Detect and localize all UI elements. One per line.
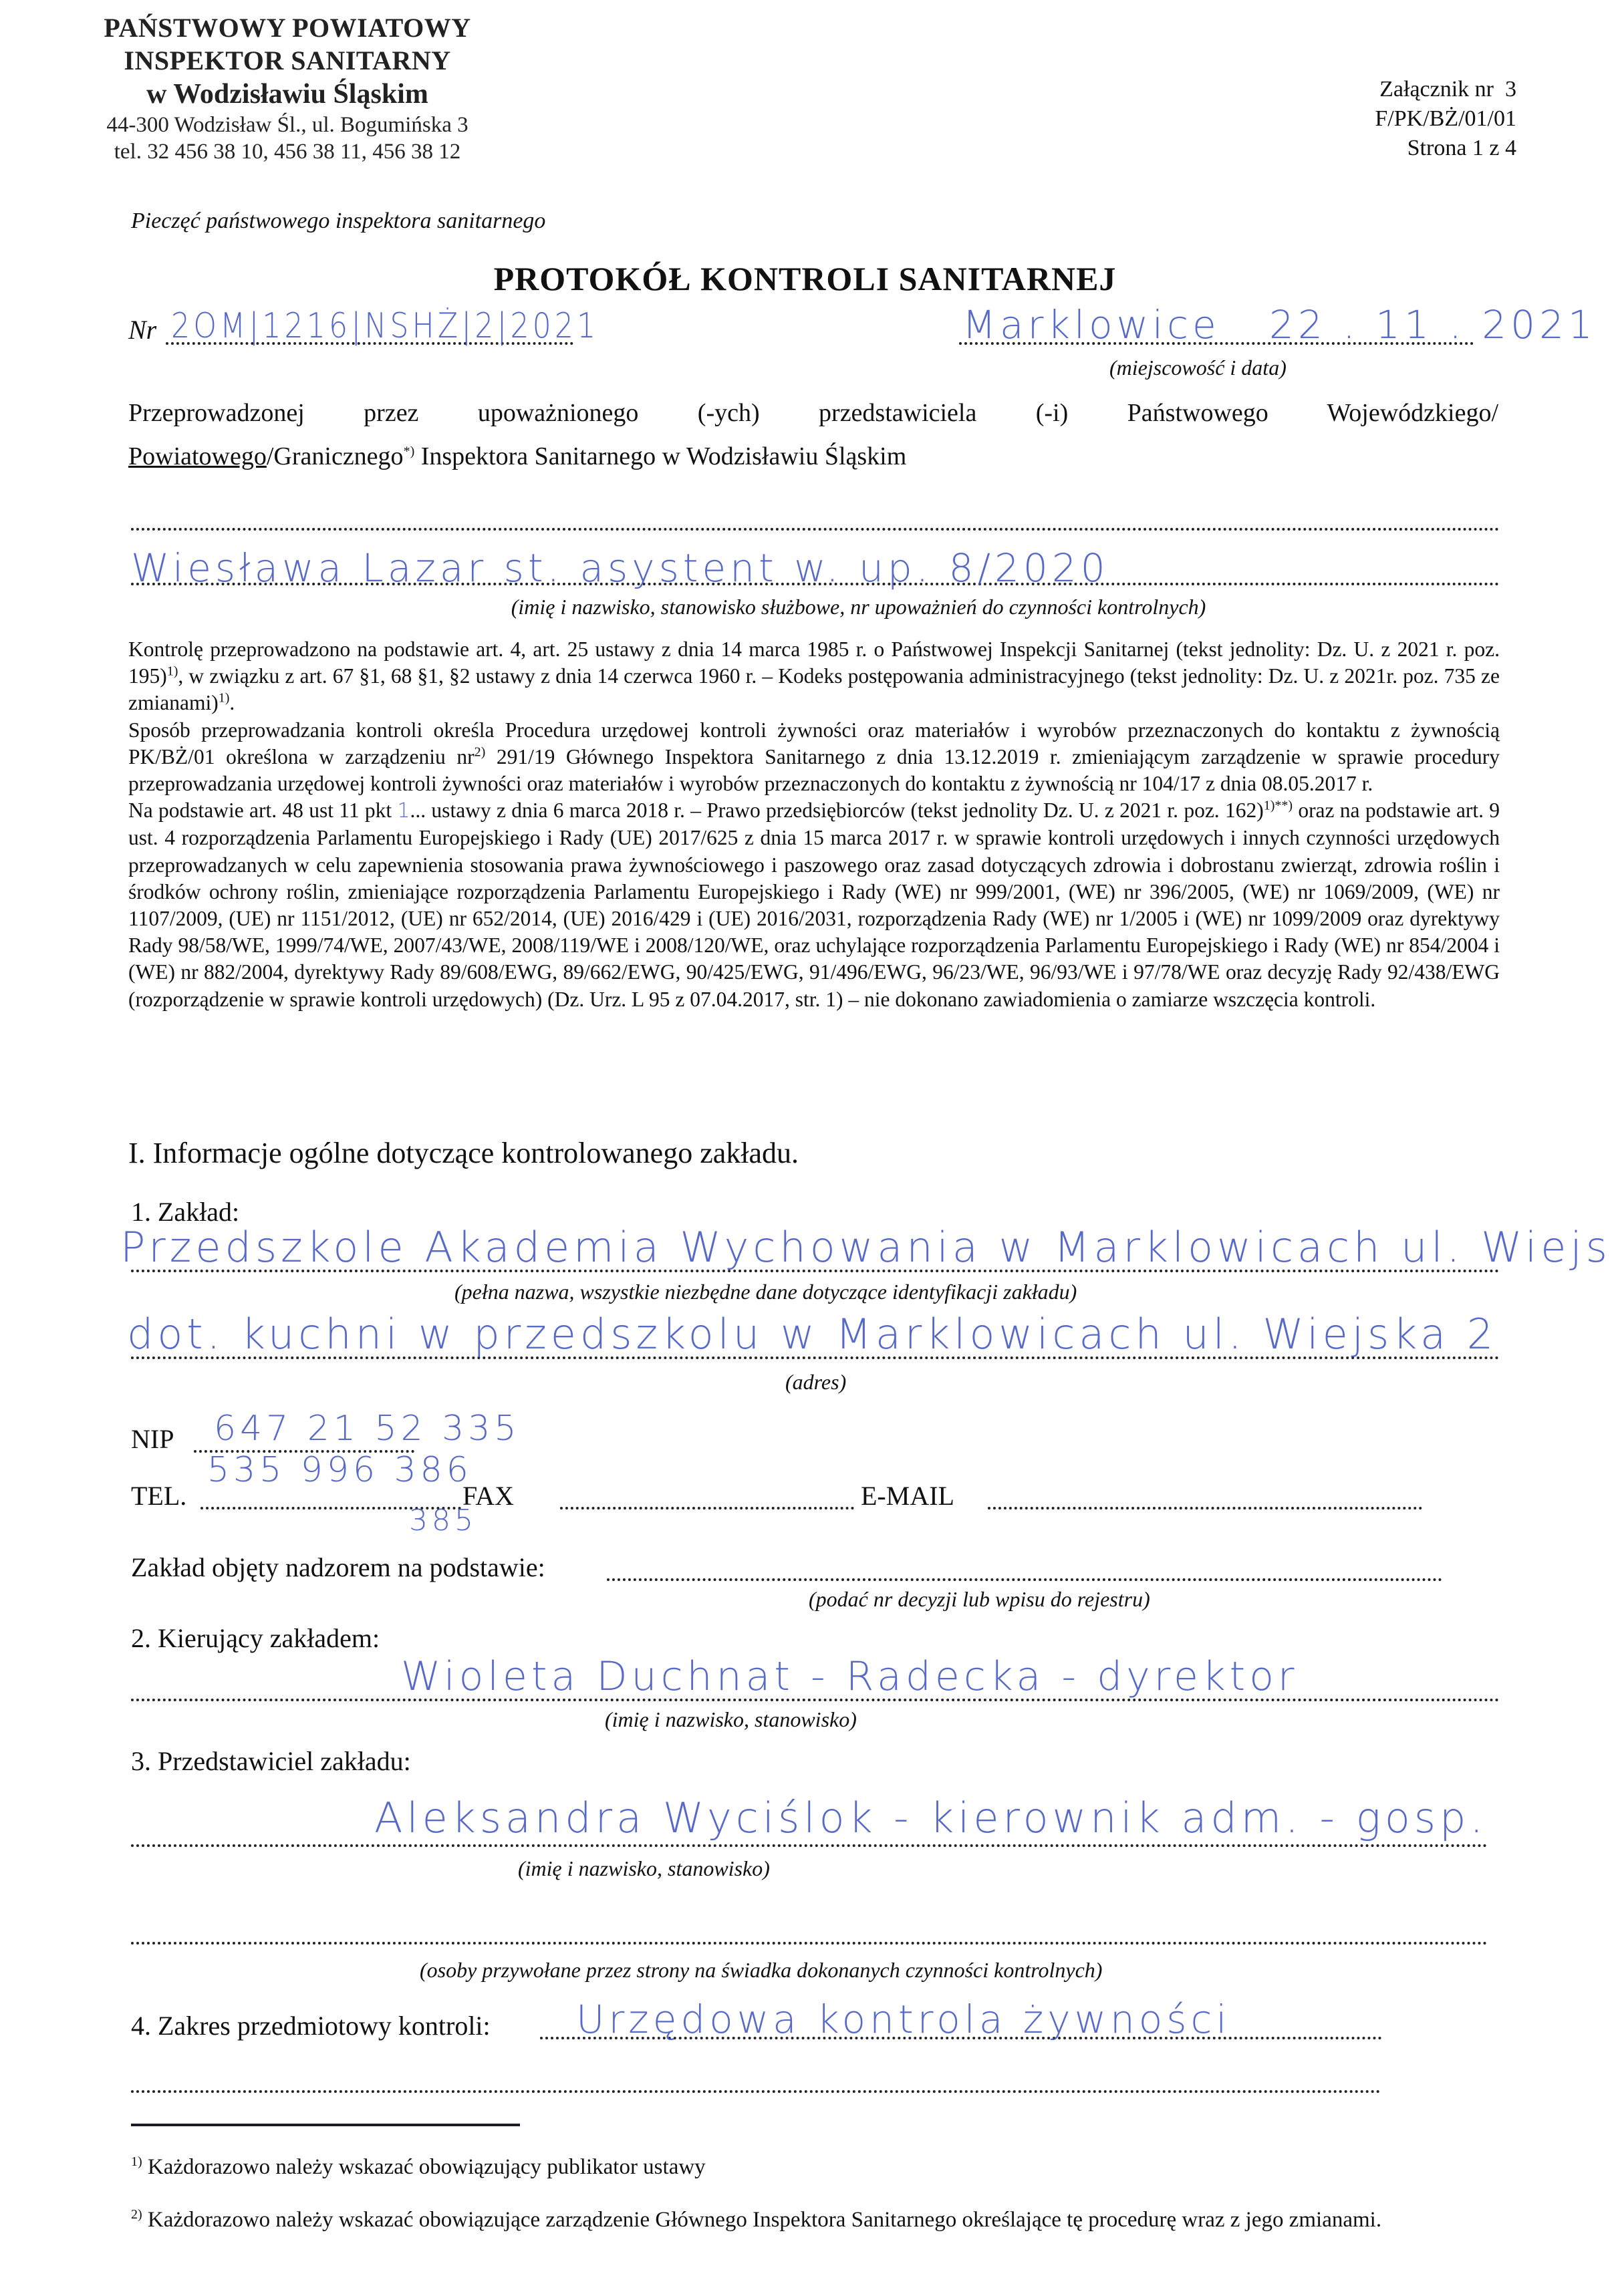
attachment-number: Załącznik nr 3 [1375, 75, 1516, 104]
form-code: F/PK/BŻ/01/01 [1375, 104, 1516, 134]
protocol-number-value: 2OM|1216|NSHŻ|2|2021 [171, 306, 599, 346]
representative-caption: (imię i nazwisko, stanowisko) [518, 1856, 770, 1881]
selected-inspectorate-level: Powiatowego [128, 442, 267, 470]
document-title: PROTOKÓŁ KONTROLI SANITARNEJ [0, 259, 1610, 298]
manager-value: Wioleta Duchnat - Radecka - dyrektor [401, 1653, 1299, 1700]
representative-label: 3. Przedstawiciel zakładu: [131, 1745, 411, 1777]
zaklad-name-caption: (pełna nazwa, wszystkie niezbędne dane d… [454, 1280, 1077, 1304]
stamp-line-2: INSPEKTOR SANITARNY [74, 45, 501, 78]
manager-label: 2. Kierujący zakładem: [131, 1622, 380, 1654]
tel-label: TEL. [131, 1480, 186, 1512]
witnesses-field[interactable] [131, 1942, 1488, 1945]
footnote-separator [131, 2124, 520, 2126]
inspector-blank-line[interactable] [131, 528, 1500, 531]
supervision-basis-field[interactable] [607, 1578, 1442, 1581]
section-1-heading: I. Informacje ogólne dotyczące kontrolow… [128, 1136, 799, 1170]
legal-basis: Kontrolę przeprowadzono na podstawie art… [128, 636, 1500, 1013]
intro-line-1: Przeprowadzonej przez upoważnionego (-yc… [128, 384, 1498, 442]
scope-field-line-2[interactable] [131, 2090, 1381, 2093]
witnesses-caption: (osoby przywołane przez strony na świadk… [420, 1958, 1102, 1983]
legal-basis-control: Kontrolę przeprowadzono na podstawie art… [128, 636, 1500, 717]
stamp-phones: tel. 32 456 38 10, 456 38 11, 456 38 12 [74, 138, 501, 165]
stamp-line-3: w Wodzisławiu Śląskim [74, 78, 501, 112]
zaklad-address-caption: (adres) [785, 1370, 846, 1395]
stamp-address: 44-300 Wodzisław Śl., ul. Bogumińska 3 [74, 112, 501, 138]
seal-caption: Pieczęć państwowego inspektora sanitarne… [131, 208, 545, 234]
footnote-2: 2) Każdorazowo należy wskazać obowiązują… [131, 2204, 1468, 2237]
intro-line-2: Powiatowego/Granicznego*) Inspektora San… [128, 442, 906, 471]
place-date-caption: (miejscowość i data) [1109, 355, 1287, 380]
legal-basis-procedure: Sposób przeprowadzania kontroli określa … [128, 717, 1500, 798]
scope-label: 4. Zakres przedmiotowy kontroli: [131, 2010, 491, 2041]
footnote-1: 1) Każdorazowo należy wskazać obowiązują… [131, 2155, 706, 2180]
inspector-caption: (imię i nazwisko, stanowisko służbowe, n… [0, 595, 1610, 619]
nip-value: 647 21 52 335 [214, 1409, 520, 1449]
place-date-value: Marklowice 22 . 11 . 2021 [962, 302, 1597, 347]
zaklad-name-value: Przedszkole Akademia Wychowania w Marklo… [120, 1223, 1610, 1272]
email-field[interactable] [988, 1507, 1422, 1510]
legal-basis-notification: Na podstawie art. 48 ust 11 pkt 1... ust… [128, 797, 1500, 1013]
fax-label: FAX [462, 1480, 514, 1512]
email-label: E-MAIL [861, 1480, 954, 1512]
pkt-value: 1 [397, 799, 410, 823]
zaklad-address-value: dot. kuchni w przedszkolu w Marklowicach… [127, 1310, 1497, 1358]
inspector-value: Wiesława Lazar st. asystent w. up. 8/202… [131, 545, 1109, 591]
document-reference: Załącznik nr 3 F/PK/BŻ/01/01 Strona 1 z … [1375, 75, 1516, 164]
nip-label: NIP [131, 1423, 174, 1455]
scope-value: Urzędowa kontrola żywności [576, 1997, 1230, 2042]
representative-value: Aleksandra Wyciślok - kierownik adm. - g… [374, 1793, 1487, 1842]
protocol-number-label: Nr [128, 314, 156, 345]
representative-field[interactable] [131, 1844, 1488, 1847]
inspector-stamp: PAŃSTWOWY POWIATOWY INSPEKTOR SANITARNY … [74, 12, 501, 165]
stamp-line-1: PAŃSTWOWY POWIATOWY [74, 12, 501, 45]
supervision-basis-label: Zakład objęty nadzorem na podstawie: [131, 1552, 545, 1583]
tel-value: 535 996 386 [207, 1450, 473, 1490]
page-number: Strona 1 z 4 [1375, 134, 1516, 163]
manager-caption: (imię i nazwisko, stanowisko) [605, 1707, 857, 1732]
fax-field[interactable] [560, 1507, 854, 1510]
supervision-basis-caption: (podać nr decyzji lub wpisu do rejestru) [809, 1587, 1150, 1612]
